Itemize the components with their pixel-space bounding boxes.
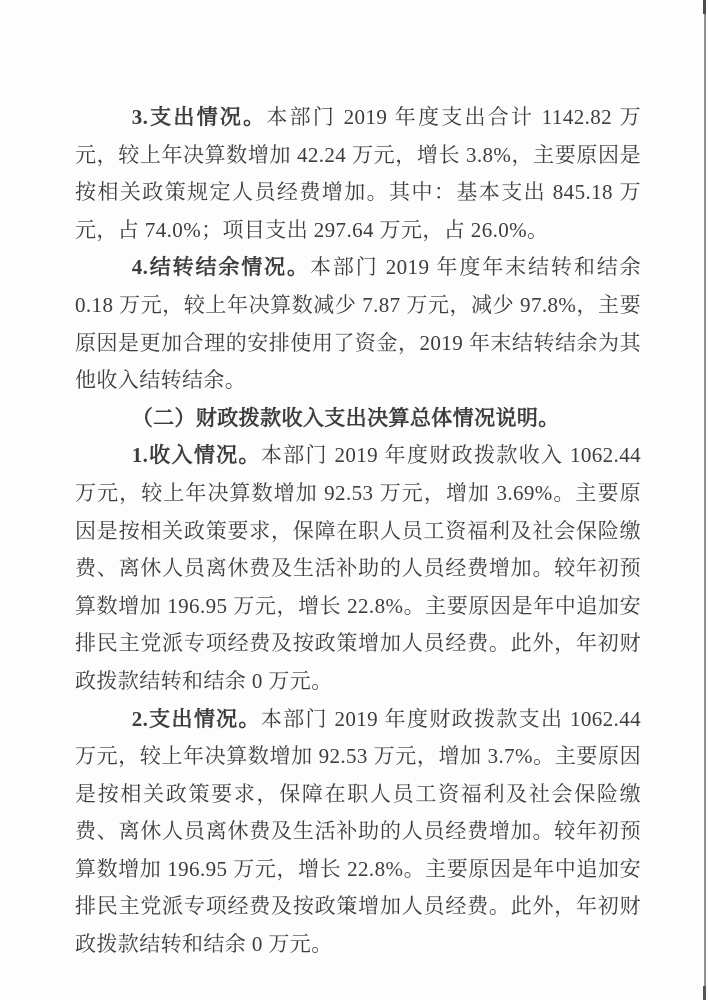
scan-edge-top-mark xyxy=(703,0,706,14)
page-number: 2 xyxy=(0,898,700,914)
paragraph: 2.支出情况。本部门 2019 年度财政拨款支出 1062.44 万元，较上年决… xyxy=(75,701,641,964)
scan-edge-line xyxy=(704,0,706,1000)
paragraph-lead: （二）财政拨款收入支出决算总体情况说明。 xyxy=(132,406,560,430)
paragraph-lead: 3.支出情况。 xyxy=(132,105,267,129)
paragraph: 1.收入情况。本部门 2019 年度财政拨款收入 1062.44 万元，较上年决… xyxy=(75,437,641,700)
paragraph-lead: 2.支出情况。 xyxy=(132,707,261,731)
paragraph-text: 本部门 2019 年度财政拨款收入 1062.44 万元，较上年决算数增加 92… xyxy=(75,443,641,693)
paragraph: 4.结转结余情况。本部门 2019 年度年末结转和结余 0.18 万元，较上年决… xyxy=(75,249,641,399)
scan-edge-bottom-mark xyxy=(703,986,706,1000)
paragraph: （二）财政拨款收入支出决算总体情况说明。 xyxy=(75,400,641,438)
document-content: 3.支出情况。本部门 2019 年度支出合计 1142.82 万元，较上年决算数… xyxy=(75,99,641,964)
paragraph-lead: 4.结转结余情况。 xyxy=(132,255,310,279)
paragraph-lead: 1.收入情况。 xyxy=(132,443,261,467)
paragraph-text: 本部门 2019 年度财政拨款支出 1062.44 万元，较上年决算数增加 92… xyxy=(75,707,641,957)
paragraph: 3.支出情况。本部门 2019 年度支出合计 1142.82 万元，较上年决算数… xyxy=(75,99,641,249)
document-page: 3.支出情况。本部门 2019 年度支出合计 1142.82 万元，较上年决算数… xyxy=(0,0,708,1000)
